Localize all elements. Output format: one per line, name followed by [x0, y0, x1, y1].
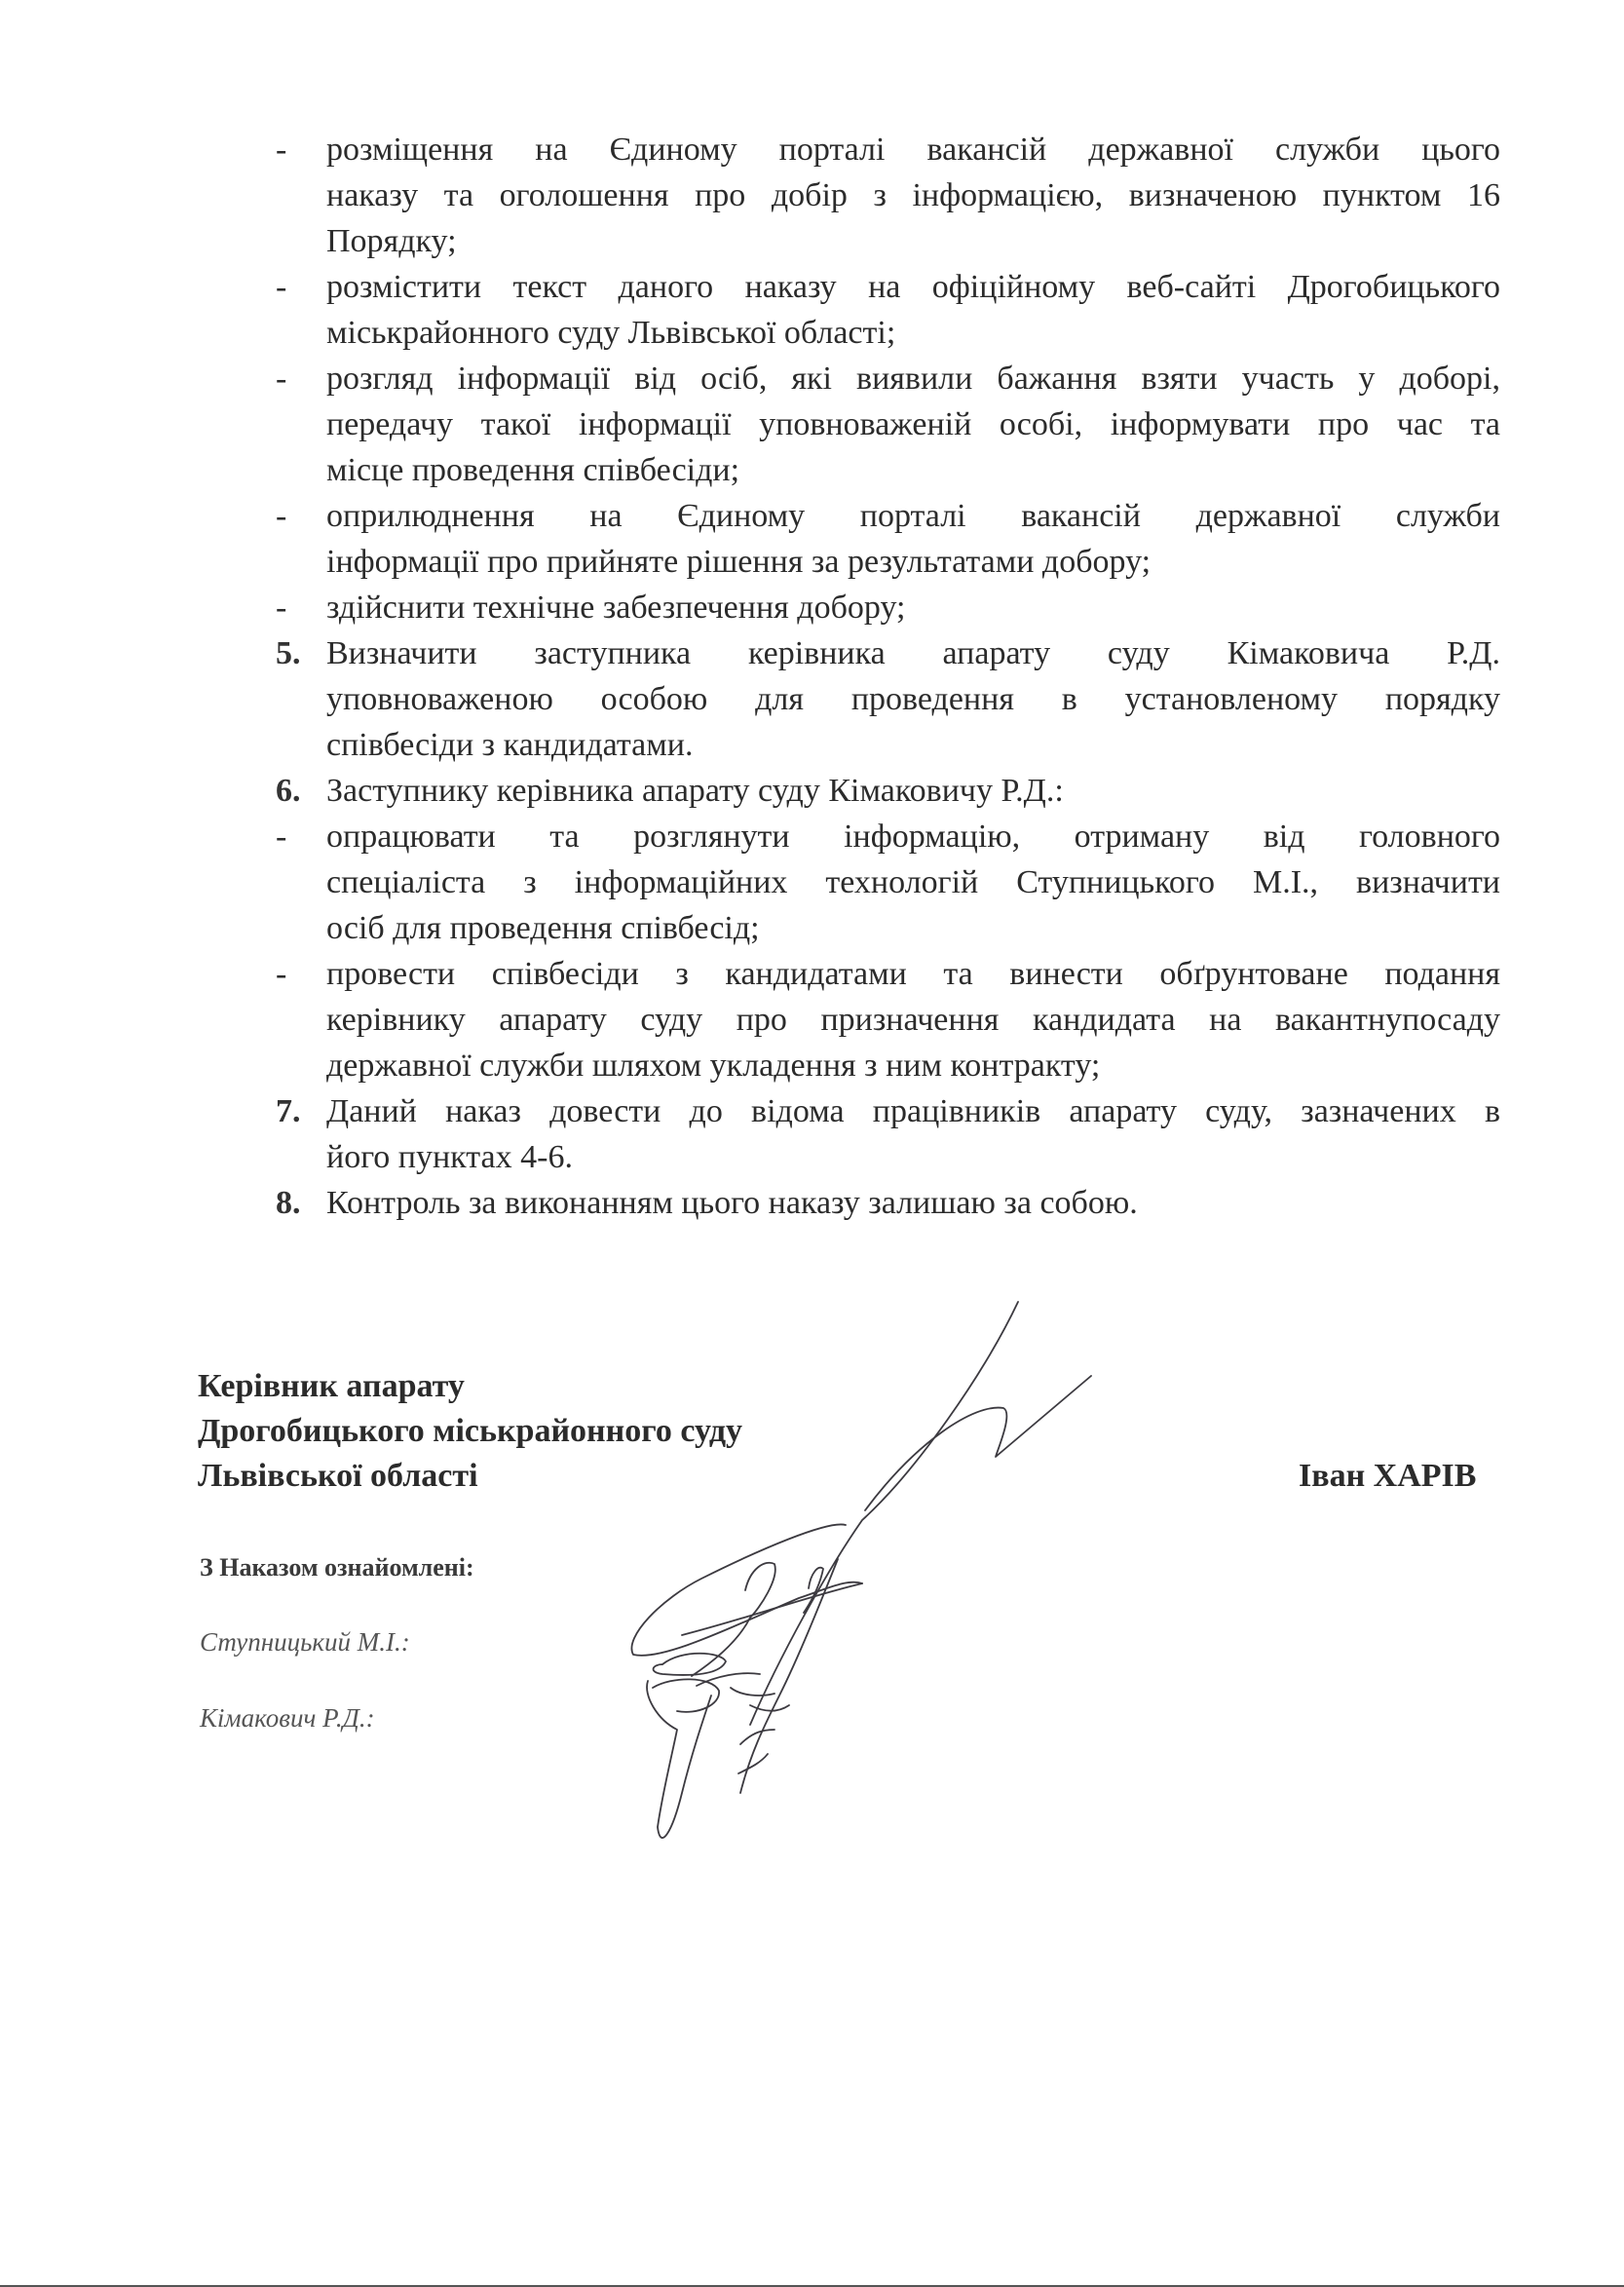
- clause-line: розміщення на Єдиному порталі вакансій д…: [326, 127, 1500, 172]
- clause-line: Заступнику керівника апарату суду Кімако…: [326, 768, 1500, 814]
- clause-text: розгляд інформації від осіб, які виявили…: [326, 356, 1500, 493]
- order-body: -розміщення на Єдиному порталі вакансій …: [276, 127, 1500, 1226]
- acknowledgement-title: З Наказом ознайомлені:: [200, 1551, 474, 1584]
- bullet-clause: -опрацювати та розглянути інформацію, от…: [276, 814, 1500, 951]
- bullet-clause: -розмістити текст даного наказу на офіці…: [276, 264, 1500, 356]
- clause-line: місце проведення співбесіди;: [326, 447, 1500, 493]
- document-page: -розміщення на Єдиному порталі вакансій …: [0, 0, 1624, 2287]
- dash-bullet: -: [276, 951, 326, 997]
- clause-text: опрацювати та розглянути інформацію, отр…: [326, 814, 1500, 951]
- clause-line: керівнику апарату суду про призначення к…: [326, 997, 1500, 1043]
- dash-bullet: -: [276, 493, 326, 539]
- bullet-clause: -провести співбесіди з кандидатами та ви…: [276, 951, 1500, 1088]
- clause-text: провести співбесіди з кандидатами та вин…: [326, 951, 1500, 1088]
- clause-line: провести співбесіди з кандидатами та вин…: [326, 951, 1500, 997]
- clause-number: 6.: [276, 768, 326, 814]
- numbered-clause: 7.Даний наказ довести до відома працівни…: [276, 1088, 1500, 1180]
- clause-line: співбесіди з кандидатами.: [326, 722, 1500, 768]
- clause-line: наказу та оголошення про добір з інформа…: [326, 172, 1500, 218]
- clause-line: державної служби шляхом укладення з ним …: [326, 1043, 1500, 1088]
- numbered-clause: 5.Визначити заступника керівника апарату…: [276, 630, 1500, 768]
- clause-line: розгляд інформації від осіб, які виявили…: [326, 356, 1500, 401]
- clause-line: інформації про прийняте рішення за резул…: [326, 539, 1500, 585]
- dash-bullet: -: [276, 264, 326, 310]
- clause-text: Визначити заступника керівника апарату с…: [326, 630, 1500, 768]
- acknowledgement-person: Ступницький М.І.:: [200, 1625, 410, 1658]
- bullet-clause: -розміщення на Єдиному порталі вакансій …: [276, 127, 1500, 264]
- clause-text: розмістити текст даного наказу на офіцій…: [326, 264, 1500, 356]
- clause-line: передачу такої інформації уповноваженій …: [326, 401, 1500, 447]
- clause-text: розміщення на Єдиному порталі вакансій д…: [326, 127, 1500, 264]
- handwritten-signature-icon: [604, 1286, 1189, 1890]
- clause-text: Контроль за виконанням цього наказу зали…: [326, 1180, 1500, 1226]
- clause-line: спеціаліста з інформаційних технологій С…: [326, 859, 1500, 905]
- clause-line: уповноваженою особою для проведення в ус…: [326, 676, 1500, 722]
- numbered-clause: 6.Заступнику керівника апарату суду Кіма…: [276, 768, 1500, 814]
- clause-text: Даний наказ довести до відома працівникі…: [326, 1088, 1500, 1180]
- clause-line: Визначити заступника керівника апарату с…: [326, 630, 1500, 676]
- bullet-clause: -оприлюднення на Єдиному порталі вакансі…: [276, 493, 1500, 585]
- dash-bullet: -: [276, 585, 326, 630]
- clause-number: 7.: [276, 1088, 326, 1134]
- clause-number: 5.: [276, 630, 326, 676]
- clause-text: оприлюднення на Єдиному порталі вакансій…: [326, 493, 1500, 585]
- clause-line: осіб для проведення співбесід;: [326, 905, 1500, 951]
- clause-line: оприлюднення на Єдиному порталі вакансій…: [326, 493, 1500, 539]
- dash-bullet: -: [276, 814, 326, 859]
- clause-number: 8.: [276, 1180, 326, 1226]
- clause-text: Заступнику керівника апарату суду Кімако…: [326, 768, 1500, 814]
- acknowledgement-person: Кімакович Р.Д.:: [200, 1701, 375, 1734]
- clause-line: Контроль за виконанням цього наказу зали…: [326, 1180, 1500, 1226]
- signer-name: Іван ХАРІВ: [1299, 1454, 1476, 1499]
- clause-line: Порядку;: [326, 218, 1500, 264]
- clause-line: його пунктах 4-6.: [326, 1134, 1500, 1180]
- clause-line: міськрайонного суду Львівської області;: [326, 310, 1500, 356]
- clause-line: здійснити технічне забезпечення добору;: [326, 585, 1500, 630]
- dash-bullet: -: [276, 356, 326, 401]
- numbered-clause: 8.Контроль за виконанням цього наказу за…: [276, 1180, 1500, 1226]
- bullet-clause: -розгляд інформації від осіб, які виявил…: [276, 356, 1500, 493]
- clause-line: розмістити текст даного наказу на офіцій…: [326, 264, 1500, 310]
- dash-bullet: -: [276, 127, 326, 172]
- clause-text: здійснити технічне забезпечення добору;: [326, 585, 1500, 630]
- bullet-clause: -здійснити технічне забезпечення добору;: [276, 585, 1500, 630]
- clause-line: опрацювати та розглянути інформацію, отр…: [326, 814, 1500, 859]
- clause-line: Даний наказ довести до відома працівникі…: [326, 1088, 1500, 1134]
